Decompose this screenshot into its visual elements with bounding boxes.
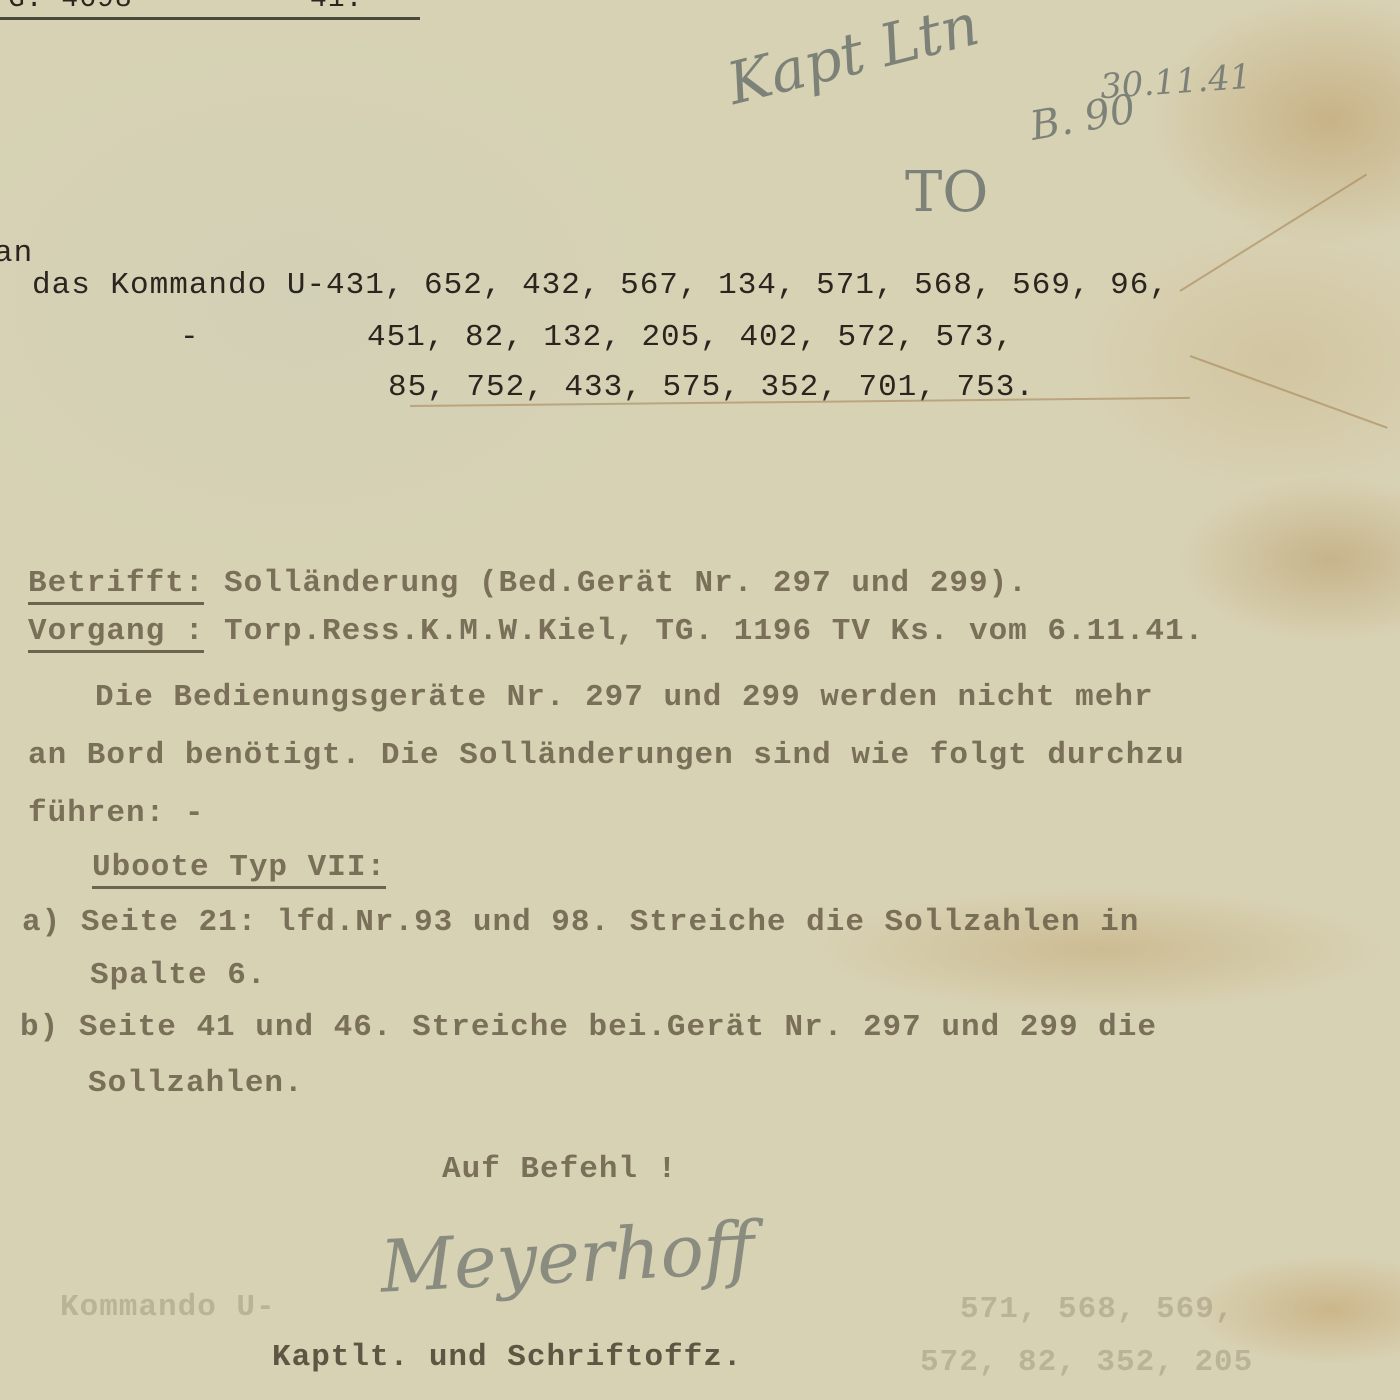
reference-number: G. 4698 (8, 0, 133, 15)
item-text: Seite 21: lfd.Nr.93 und 98. Streiche die… (81, 905, 1140, 940)
instruction-item-b-cont: Sollzahlen. (88, 1066, 304, 1101)
item-text: Seite 41 und 46. Streiche bei.Gerät Nr. … (79, 1010, 1157, 1045)
betrifft-text: Solländerung (Bed.Gerät Nr. 297 und 299)… (224, 566, 1028, 601)
pencil-initials: Kapt Ltn (721, 0, 986, 118)
paper-crease (1190, 355, 1388, 429)
vorgang-text: Torp.Ress.K.M.W.Kiel, TG. 1196 TV Ks. vo… (224, 614, 1204, 649)
ghost-text-left: Kommando U- (60, 1290, 276, 1325)
betrifft-row: Betrifft: Solländerung (Bed.Gerät Nr. 29… (28, 566, 1028, 601)
body-line-2: an Bord benötigt. Die Solländerungen sin… (28, 738, 1185, 773)
body-line-3: führen: - (28, 796, 204, 831)
address-prefix: an (0, 236, 33, 271)
ghost-text-right-1: 571, 568, 569, (960, 1292, 1234, 1327)
paper-crease (1179, 174, 1367, 292)
reference-suffix: 41. (310, 0, 363, 15)
instruction-item-b: b) Seite 41 und 46. Streiche bei.Gerät N… (20, 1010, 1157, 1045)
instructions-heading: Uboote Typ VII: (92, 850, 386, 885)
item-marker: b) (20, 1010, 59, 1045)
address-line-2: 451, 82, 132, 205, 402, 572, 573, (367, 320, 1014, 355)
header-underline (0, 17, 420, 20)
vorgang-label: Vorgang : (28, 614, 204, 653)
pencil-date: 30.11.41 (1099, 57, 1253, 107)
address-dash: - (180, 320, 200, 355)
instruction-item-a: a) Seite 21: lfd.Nr.93 und 98. Streiche … (22, 905, 1139, 940)
body-line-1: Die Bedienungsgeräte Nr. 297 und 299 wer… (95, 680, 1154, 715)
address-line-1: das Kommando U-431, 652, 432, 567, 134, … (32, 268, 1169, 303)
instruction-item-a-cont: Spalte 6. (90, 958, 266, 993)
betrifft-label: Betrifft: (28, 566, 204, 605)
auf-befehl: Auf Befehl ! (442, 1152, 677, 1187)
pencil-to-mark: TO (905, 160, 988, 225)
item-marker: a) (22, 905, 61, 940)
vorgang-row: Vorgang : Torp.Ress.K.M.W.Kiel, TG. 1196… (28, 614, 1204, 649)
rank-title: Kaptlt. und Schriftoffz. (272, 1340, 742, 1375)
ghost-text-right-2: 572, 82, 352, 205 (920, 1345, 1253, 1380)
signature: Meyerhoff (378, 1205, 757, 1308)
